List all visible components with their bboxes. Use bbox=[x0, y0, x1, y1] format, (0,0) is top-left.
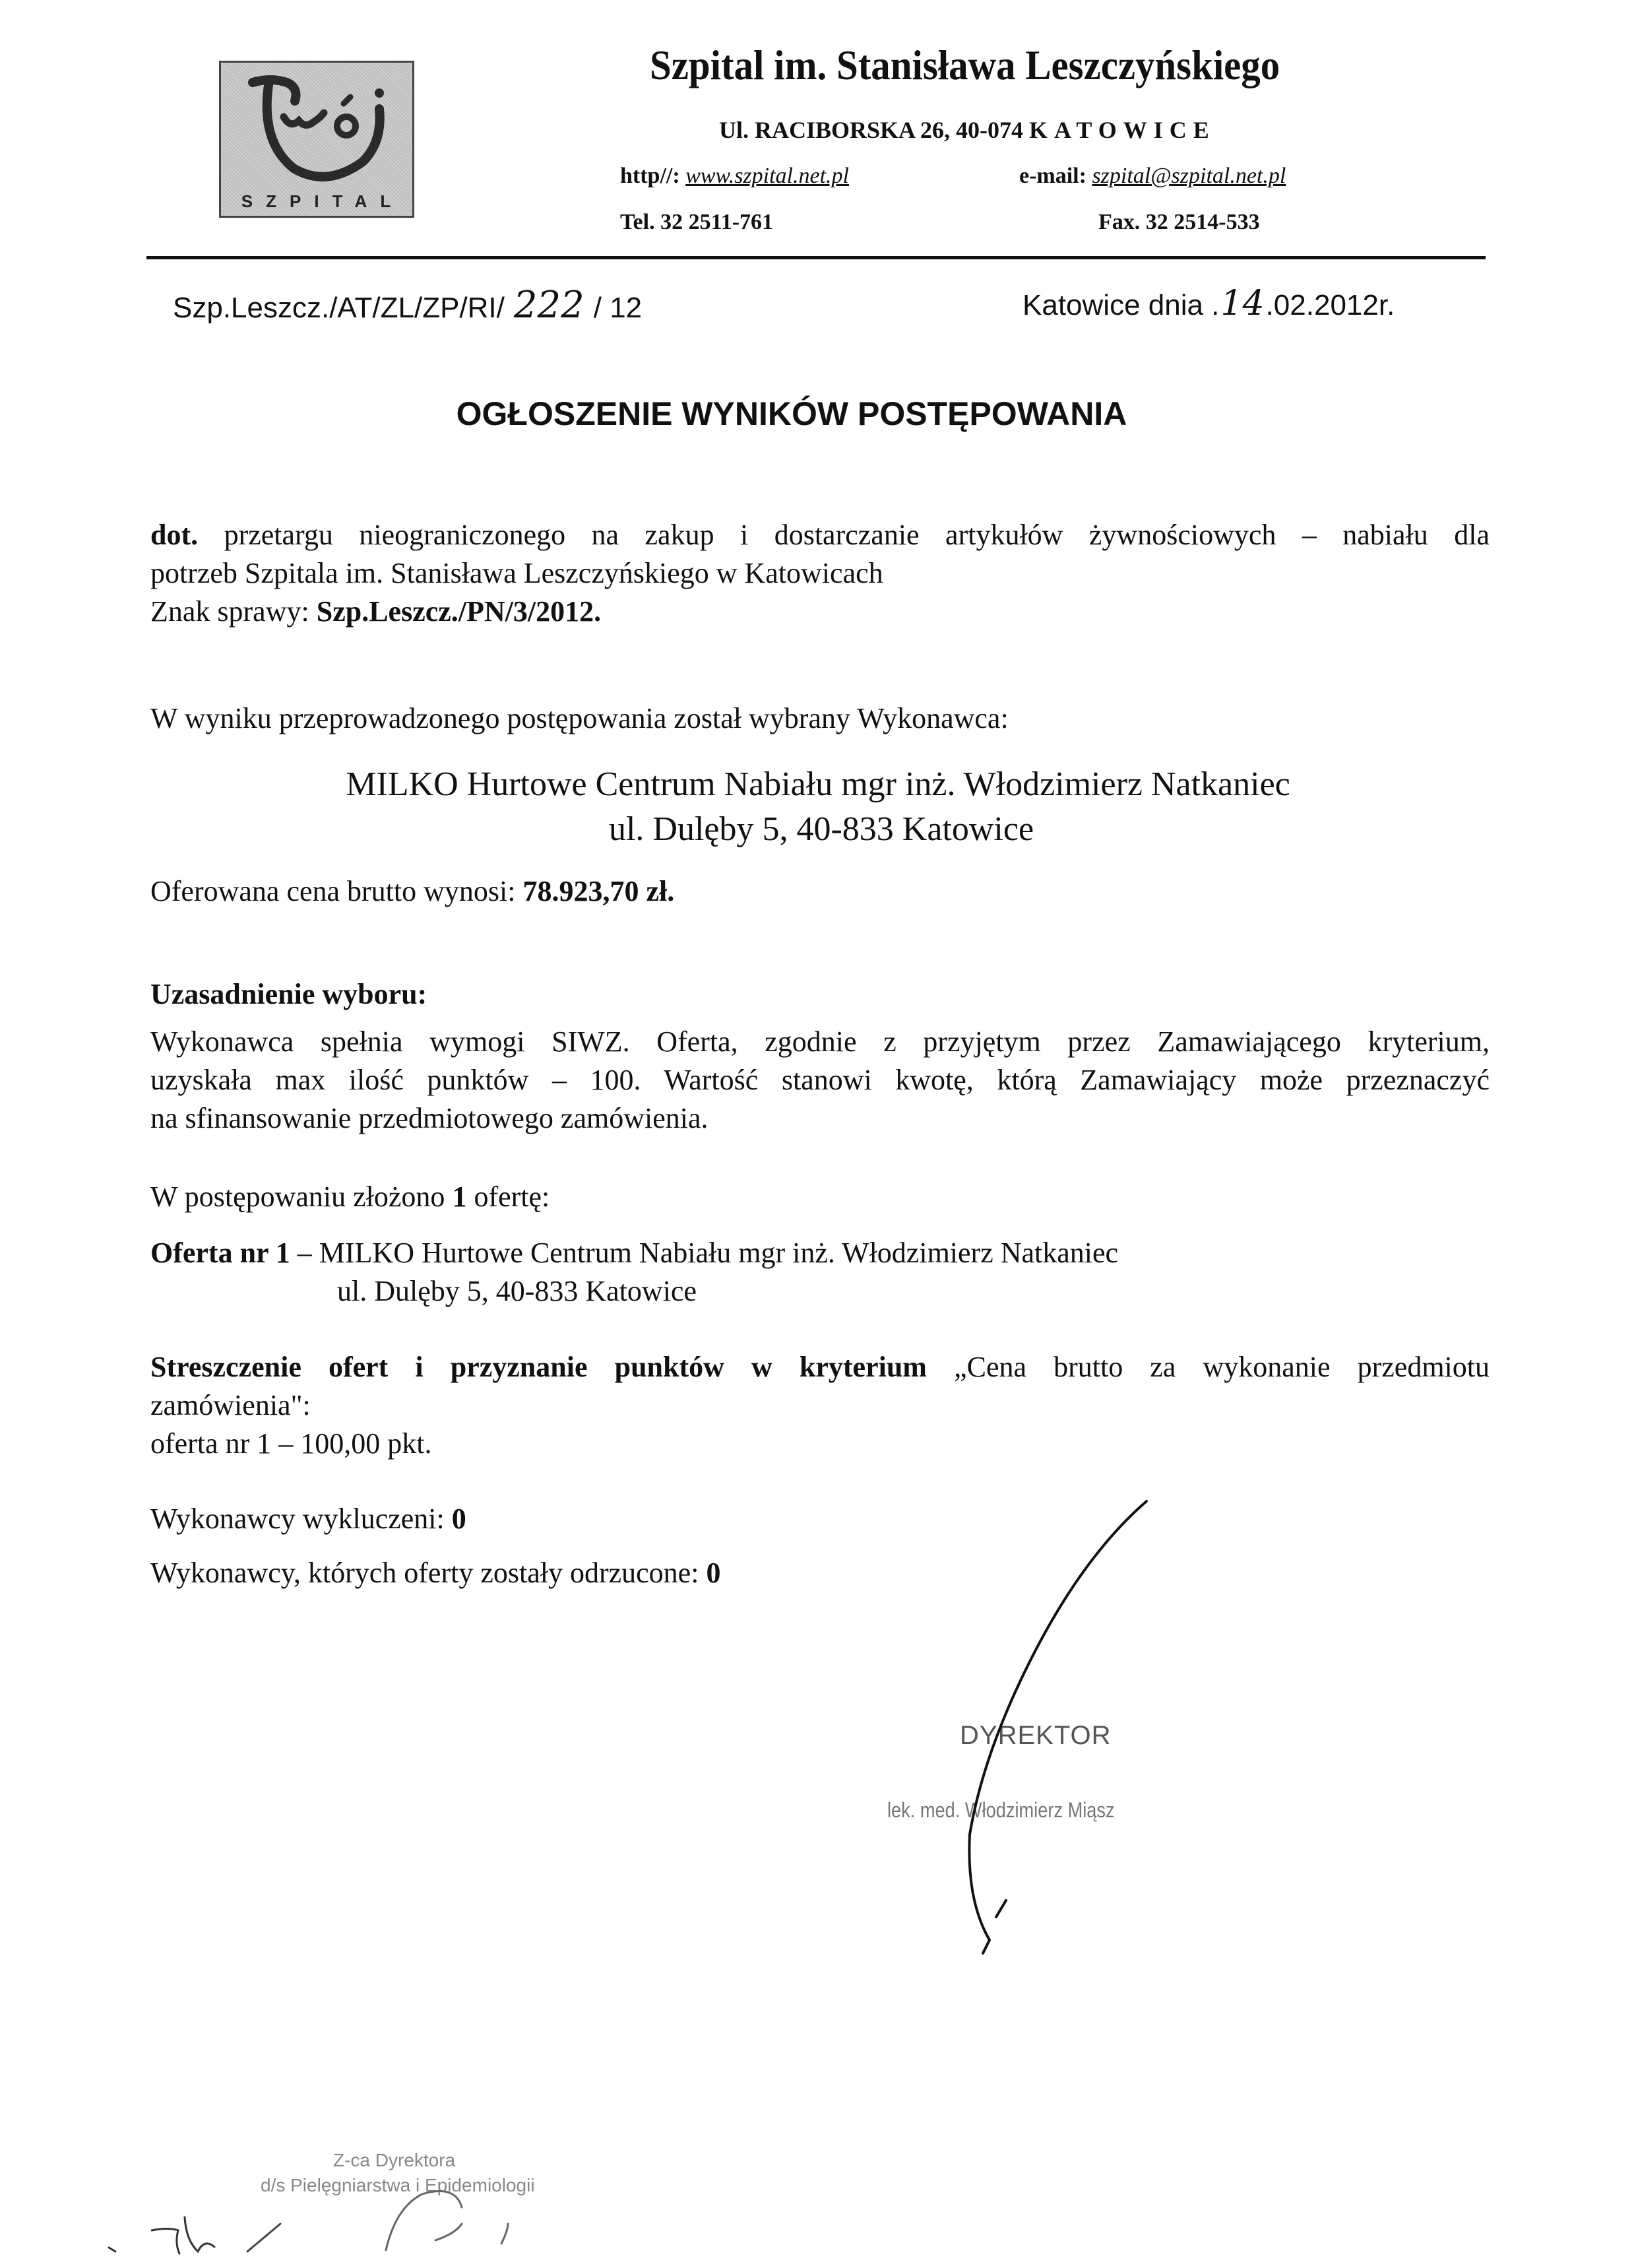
hospital-logo: SZPITAL bbox=[219, 61, 414, 218]
hospital-address: Ul. RACIBORSKA 26, 40-074 KATOWICE bbox=[719, 116, 1216, 144]
email-line: e-mail: szpital@szpital.net.pl bbox=[1019, 164, 1286, 189]
subject-paragraph: dot. przetargu nieograniczonego na zakup… bbox=[150, 516, 1490, 631]
excluded-label: Wykonawcy wykluczeni: bbox=[150, 1503, 445, 1535]
summary-line-2: zamówienia": bbox=[150, 1389, 311, 1421]
document-title-text: OGŁOSZENIE WYNIKÓW POSTĘPOWANIA bbox=[456, 395, 1127, 433]
justification-line-2: uzyskała max ilość punktów – 100. Wartoś… bbox=[150, 1061, 1490, 1099]
date-suffix: .02.2012r. bbox=[1266, 289, 1395, 321]
offer-name: – MILKO Hurtowe Centrum Nabiału mgr inż.… bbox=[298, 1237, 1118, 1269]
justification-paragraph: Wykonawca spełnia wymogi SIWZ. Oferta, z… bbox=[150, 1023, 1490, 1138]
case-number: Szp.Leszcz./PN/3/2012. bbox=[317, 595, 601, 628]
summary-paragraph: Streszczenie ofert i przyznanie punktów … bbox=[150, 1348, 1490, 1463]
header-divider bbox=[146, 256, 1486, 259]
subject-lead: dot. bbox=[150, 519, 198, 551]
price-label: Oferowana cena brutto wynosi: bbox=[150, 875, 515, 907]
handwritten-reference-number: 222 bbox=[505, 284, 594, 327]
subject-line-1: dot. przetargu nieograniczonego na zakup… bbox=[150, 516, 1490, 554]
rejected-contractors: Wykonawcy, których oferty zostały odrzuc… bbox=[150, 1554, 720, 1592]
offers-count-suffix: ofertę: bbox=[474, 1181, 550, 1213]
reference-number: Szp.Leszcz./AT/ZL/ZP/RI/222/ 12 bbox=[173, 284, 642, 327]
rejected-label: Wykonawcy, których oferty zostały odrzuc… bbox=[150, 1557, 699, 1589]
address-city: KATOWICE bbox=[1029, 117, 1216, 143]
director-stamp-name: lek. med. Włodzimierz Miąsz bbox=[887, 1798, 1115, 1823]
deputy-signature-stroke-2 bbox=[247, 2224, 280, 2252]
director-stamp-title: DYREKTOR bbox=[960, 1721, 1112, 1751]
website-line: http//: www.szpital.net.pl bbox=[620, 164, 849, 189]
selected-contractor: MILKO Hurtowe Centrum Nabiału mgr inż. W… bbox=[0, 762, 1636, 852]
justification-heading: Uzasadnienie wyboru: bbox=[150, 975, 427, 1014]
contractor-name: MILKO Hurtowe Centrum Nabiału mgr inż. W… bbox=[346, 765, 1290, 803]
selection-intro: W wyniku przeprowadzonego postępowania z… bbox=[150, 699, 1009, 738]
email-label: e-mail: bbox=[1019, 164, 1086, 188]
handwritten-day: 14 bbox=[1219, 284, 1265, 323]
justification-line-3: na sfinansowanie przedmiotowego zamówien… bbox=[150, 1102, 708, 1134]
fax-number: Fax. 32 2514-533 bbox=[1098, 210, 1260, 235]
offers-count-value: 1 bbox=[452, 1181, 466, 1213]
website-label: http//: bbox=[620, 164, 680, 188]
date-prefix: Katowice dnia . bbox=[1022, 289, 1219, 321]
email-link[interactable]: szpital@szpital.net.pl bbox=[1092, 164, 1286, 188]
website-link[interactable]: www.szpital.net.pl bbox=[685, 164, 849, 188]
offer-item: Oferta nr 1 – MILKO Hurtowe Centrum Nabi… bbox=[150, 1234, 1118, 1311]
document-title: OGŁOSZENIE WYNIKÓW POSTĘPOWANIA bbox=[0, 395, 1636, 433]
offers-count: W postępowaniu złożono 1 ofertę: bbox=[150, 1178, 550, 1216]
summary-line-1: Streszczenie ofert i przyznanie punktów … bbox=[150, 1348, 1490, 1386]
hospital-name: Szpital im. Stanisława Leszczyńskiego bbox=[650, 41, 1280, 90]
rejected-value: 0 bbox=[706, 1557, 720, 1589]
deputy-signature-stroke-3 bbox=[386, 2191, 508, 2251]
deputy-stamp-dept: d/s Pielęgniarstwa i Epidemiologii bbox=[261, 2175, 535, 2196]
document-date: Katowice dnia .14.02.2012r. bbox=[1022, 284, 1395, 323]
address-street: Ul. RACIBORSKA 26, 40-074 bbox=[719, 117, 1023, 143]
reference-suffix: / 12 bbox=[594, 292, 642, 324]
logo-text: SZPITAL bbox=[221, 191, 412, 212]
deputy-stamp-title: Z-ca Dyrektora bbox=[333, 2150, 455, 2171]
offer-label: Oferta nr 1 bbox=[150, 1237, 290, 1269]
case-label: Znak sprawy: bbox=[150, 595, 309, 628]
phone-number: Tel. 32 2511-761 bbox=[620, 210, 773, 235]
excluded-contractors: Wykonawcy wykluczeni: 0 bbox=[150, 1500, 466, 1538]
justification-line-1: Wykonawca spełnia wymogi SIWZ. Oferta, z… bbox=[150, 1023, 1490, 1061]
summary-heading: Streszczenie ofert i przyznanie punktów … bbox=[150, 1351, 927, 1383]
price-line: Oferowana cena brutto wynosi: 78.923,70 … bbox=[150, 872, 674, 911]
score-item: oferta nr 1 – 100,00 pkt. bbox=[150, 1427, 431, 1460]
offer-address: ul. Dulęby 5, 40-833 Katowice bbox=[150, 1272, 1118, 1311]
excluded-value: 0 bbox=[452, 1503, 466, 1535]
reference-prefix: Szp.Leszcz./AT/ZL/ZP/RI/ bbox=[173, 292, 505, 324]
offers-count-prefix: W postępowaniu złożono bbox=[150, 1181, 445, 1213]
subject-line-2: potrzeb Szpitala im. Stanisława Leszczyń… bbox=[150, 557, 883, 589]
summary-line-1-text: „Cena brutto za wykonanie przedmiotu bbox=[954, 1351, 1490, 1383]
price-value: 78.923,70 zł. bbox=[522, 875, 674, 907]
subject-line-1-text: przetargu nieograniczonego na zakup i do… bbox=[224, 519, 1490, 551]
contractor-address: ul. Dulęby 5, 40-833 Katowice bbox=[0, 807, 1636, 852]
deputy-signature-stroke-1 bbox=[109, 2217, 214, 2253]
